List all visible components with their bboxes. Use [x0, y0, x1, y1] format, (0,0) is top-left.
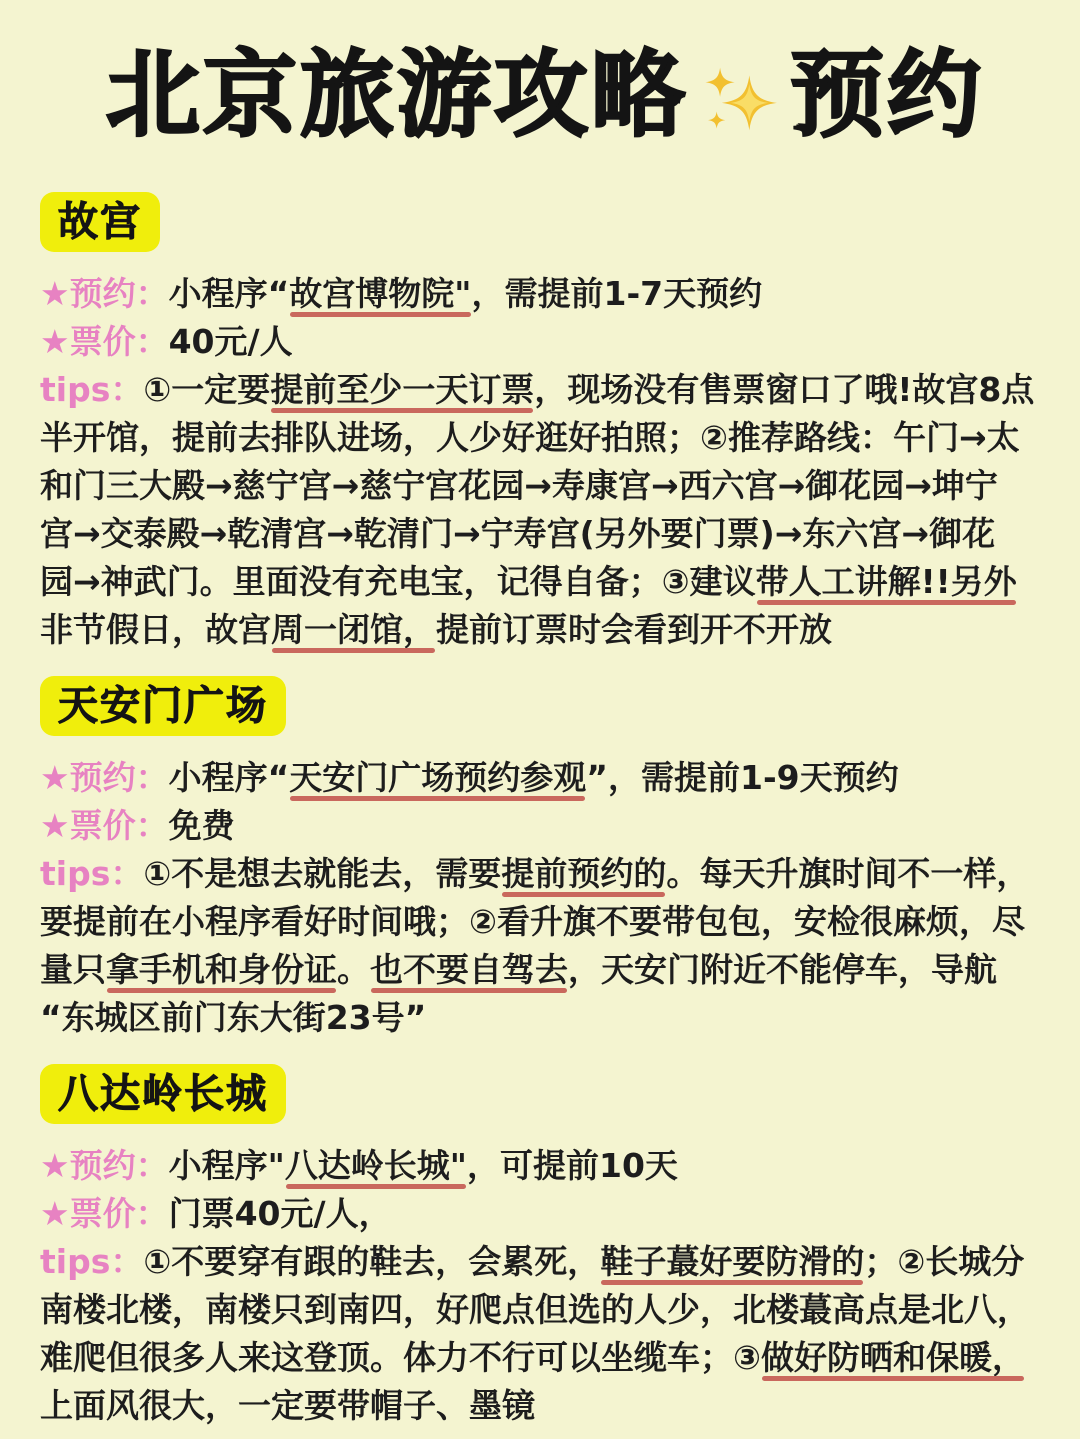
text-segment: ，现场没有售票窗口了哦!故宫8点: [534, 370, 1034, 409]
label-segment: tips：: [40, 1242, 143, 1281]
text-line: 半开馆，提前去排队进场，人少好逛好拍照；②推荐路线：午门→太: [40, 414, 1050, 462]
text-segment: 量只: [40, 950, 106, 989]
section-badaling: 八达岭长城★预约：小程序"八达岭长城"，可提前10天★票价：门票40元/人，ti…: [40, 1064, 1050, 1430]
text-line: ★预约：小程序“故宫博物院"，需提前1-7天预约: [40, 270, 1050, 318]
text-line: 宫→交泰殿→乾清宫→乾清门→宁寿宫(另外要门票)→东六宫→御花: [40, 510, 1050, 558]
underlined-segment: 故宫博物院": [289, 274, 471, 313]
travel-guide-page: 北京旅游攻略 预约 故宫★预约：小程序“故宫博物院"，需提前1-7天预约★票价：…: [0, 0, 1080, 1439]
underlined-segment: 周一闭馆，: [271, 610, 436, 649]
text-segment: 园→神武门。里面没有充电宝，记得自备；③建议: [40, 562, 756, 601]
text-segment: 小程序“: [169, 758, 290, 797]
text-segment: 要提前在小程序看好时间哦；②看升旗不要带包包，安检很麻烦，尽: [40, 902, 1025, 941]
section-header-tiananmen: 天安门广场: [40, 676, 286, 736]
text-line: 难爬但很多人来这登顶。体力不行可以坐缆车；③做好防晒和保暖，: [40, 1334, 1050, 1382]
text-segment: ①一定要: [143, 370, 270, 409]
text-segment: 。每天升旗时间不一样，: [666, 854, 1029, 893]
underlined-segment: 带人工讲解!!另外: [756, 562, 1017, 601]
underlined-segment: 也不要自驾去: [370, 950, 568, 989]
underlined-segment: 八达岭长城": [285, 1146, 467, 1185]
text-segment: 难爬但很多人来这登顶。体力不行可以坐缆车；③: [40, 1338, 761, 1377]
text-segment: 免费: [169, 806, 235, 845]
section-header-badaling: 八达岭长城: [40, 1064, 286, 1124]
underlined-segment: 鞋子蕞好要防滑的: [600, 1242, 864, 1281]
text-line: 上面风很大，一定要带帽子、墨镜: [40, 1382, 1050, 1430]
text-segment: 半开馆，提前去排队进场，人少好逛好拍照；②推荐路线：午门→太: [40, 418, 1020, 457]
text-line: tips：①不是想去就能去，需要提前预约的。每天升旗时间不一样，: [40, 850, 1050, 898]
title-text-after: 预约: [790, 42, 984, 150]
section-lines: ★预约：小程序“天安门广场预约参观”，需提前1-9天预约★票价：免费tips：①…: [40, 754, 1050, 1042]
text-line: “东城区前门东大街23号”: [40, 994, 1050, 1042]
underlined-segment: 提前预约的: [501, 854, 666, 893]
label-segment: tips：: [40, 854, 143, 893]
label-segment: ★预约：: [40, 758, 169, 797]
text-line: 量只拿手机和身份证。也不要自驾去，天安门附近不能停车，导航: [40, 946, 1050, 994]
text-segment: ，需提前1-7天预约: [472, 274, 763, 313]
text-line: ★票价：免费: [40, 802, 1050, 850]
title-text-before: 北京旅游攻略: [106, 42, 688, 150]
text-line: 南楼北楼，南楼只到南四，好爬点但选的人少，北楼蕞高点是北八，: [40, 1286, 1050, 1334]
text-line: 要提前在小程序看好时间哦；②看升旗不要带包包，安检很麻烦，尽: [40, 898, 1050, 946]
text-line: ★预约：小程序"八达岭长城"，可提前10天: [40, 1142, 1050, 1190]
text-segment: 和门三大殿→慈宁宫→慈宁宫花园→寿康宫→西六宫→御花园→坤宁: [40, 466, 998, 505]
label-segment: tips：: [40, 370, 143, 409]
text-line: ★预约：小程序“天安门广场预约参观”，需提前1-9天预约: [40, 754, 1050, 802]
page-title: 北京旅游攻略 预约: [40, 36, 1050, 150]
label-segment: ★票价：: [40, 1194, 169, 1233]
text-line: 非节假日，故宫周一闭馆，提前订票时会看到开不开放: [40, 606, 1050, 654]
text-line: ★票价：40元/人: [40, 318, 1050, 366]
text-segment: ①不是想去就能去，需要: [143, 854, 501, 893]
underlined-segment: 做好防晒和保暖，: [761, 1338, 1025, 1377]
text-line: tips：①不要穿有跟的鞋去，会累死，鞋子蕞好要防滑的；②长城分: [40, 1238, 1050, 1286]
sparkles-icon: [696, 53, 782, 139]
text-segment: 小程序": [169, 1146, 285, 1185]
text-line: 和门三大殿→慈宁宫→慈宁宫花园→寿康宫→西六宫→御花园→坤宁: [40, 462, 1050, 510]
label-segment: ★预约：: [40, 1146, 169, 1185]
text-segment: 门票40元/人，: [169, 1194, 392, 1233]
sections: 故宫★预约：小程序“故宫博物院"，需提前1-7天预约★票价：40元/人tips：…: [40, 192, 1050, 1430]
text-line: ★票价：门票40元/人，: [40, 1190, 1050, 1238]
underlined-segment: 天安门广场预约参观: [289, 758, 586, 797]
text-segment: ”，需提前1-9天预约: [586, 758, 898, 797]
section-lines: ★预约：小程序“故宫博物院"，需提前1-7天预约★票价：40元/人tips：①一…: [40, 270, 1050, 654]
text-line: 园→神武门。里面没有充电宝，记得自备；③建议带人工讲解!!另外: [40, 558, 1050, 606]
text-segment: “东城区前门东大街23号”: [40, 998, 426, 1037]
text-segment: ①不要穿有跟的鞋去，会累死，: [143, 1242, 600, 1281]
text-segment: 提前订票时会看到开不开放: [436, 610, 832, 649]
section-header-gugong: 故宫: [40, 192, 160, 252]
text-segment: 非节假日，故宫: [40, 610, 271, 649]
text-segment: 南楼北楼，南楼只到南四，好爬点但选的人少，北楼蕞高点是北八，: [40, 1290, 1030, 1329]
section-lines: ★预约：小程序"八达岭长城"，可提前10天★票价：门票40元/人，tips：①不…: [40, 1142, 1050, 1430]
text-segment: 宫→交泰殿→乾清宫→乾清门→宁寿宫(另外要门票)→东六宫→御花: [40, 514, 995, 553]
label-segment: ★票价：: [40, 322, 169, 361]
section-tiananmen: 天安门广场★预约：小程序“天安门广场预约参观”，需提前1-9天预约★票价：免费t…: [40, 676, 1050, 1042]
text-line: tips：①一定要提前至少一天订票，现场没有售票窗口了哦!故宫8点: [40, 366, 1050, 414]
label-segment: ★票价：: [40, 806, 169, 845]
text-segment: 。: [337, 950, 370, 989]
underlined-segment: 提前至少一天订票: [270, 370, 534, 409]
text-segment: 上面风很大，一定要带帽子、墨镜: [40, 1386, 535, 1425]
text-segment: 40元/人: [169, 322, 293, 361]
text-segment: ，天安门附近不能停车，导航: [568, 950, 997, 989]
section-gugong: 故宫★预约：小程序“故宫博物院"，需提前1-7天预约★票价：40元/人tips：…: [40, 192, 1050, 654]
text-segment: ；②长城分: [864, 1242, 1024, 1281]
text-segment: 小程序“: [169, 274, 290, 313]
underlined-segment: 拿手机和身份证: [106, 950, 337, 989]
label-segment: ★预约：: [40, 274, 169, 313]
text-segment: ，可提前10天: [467, 1146, 678, 1185]
